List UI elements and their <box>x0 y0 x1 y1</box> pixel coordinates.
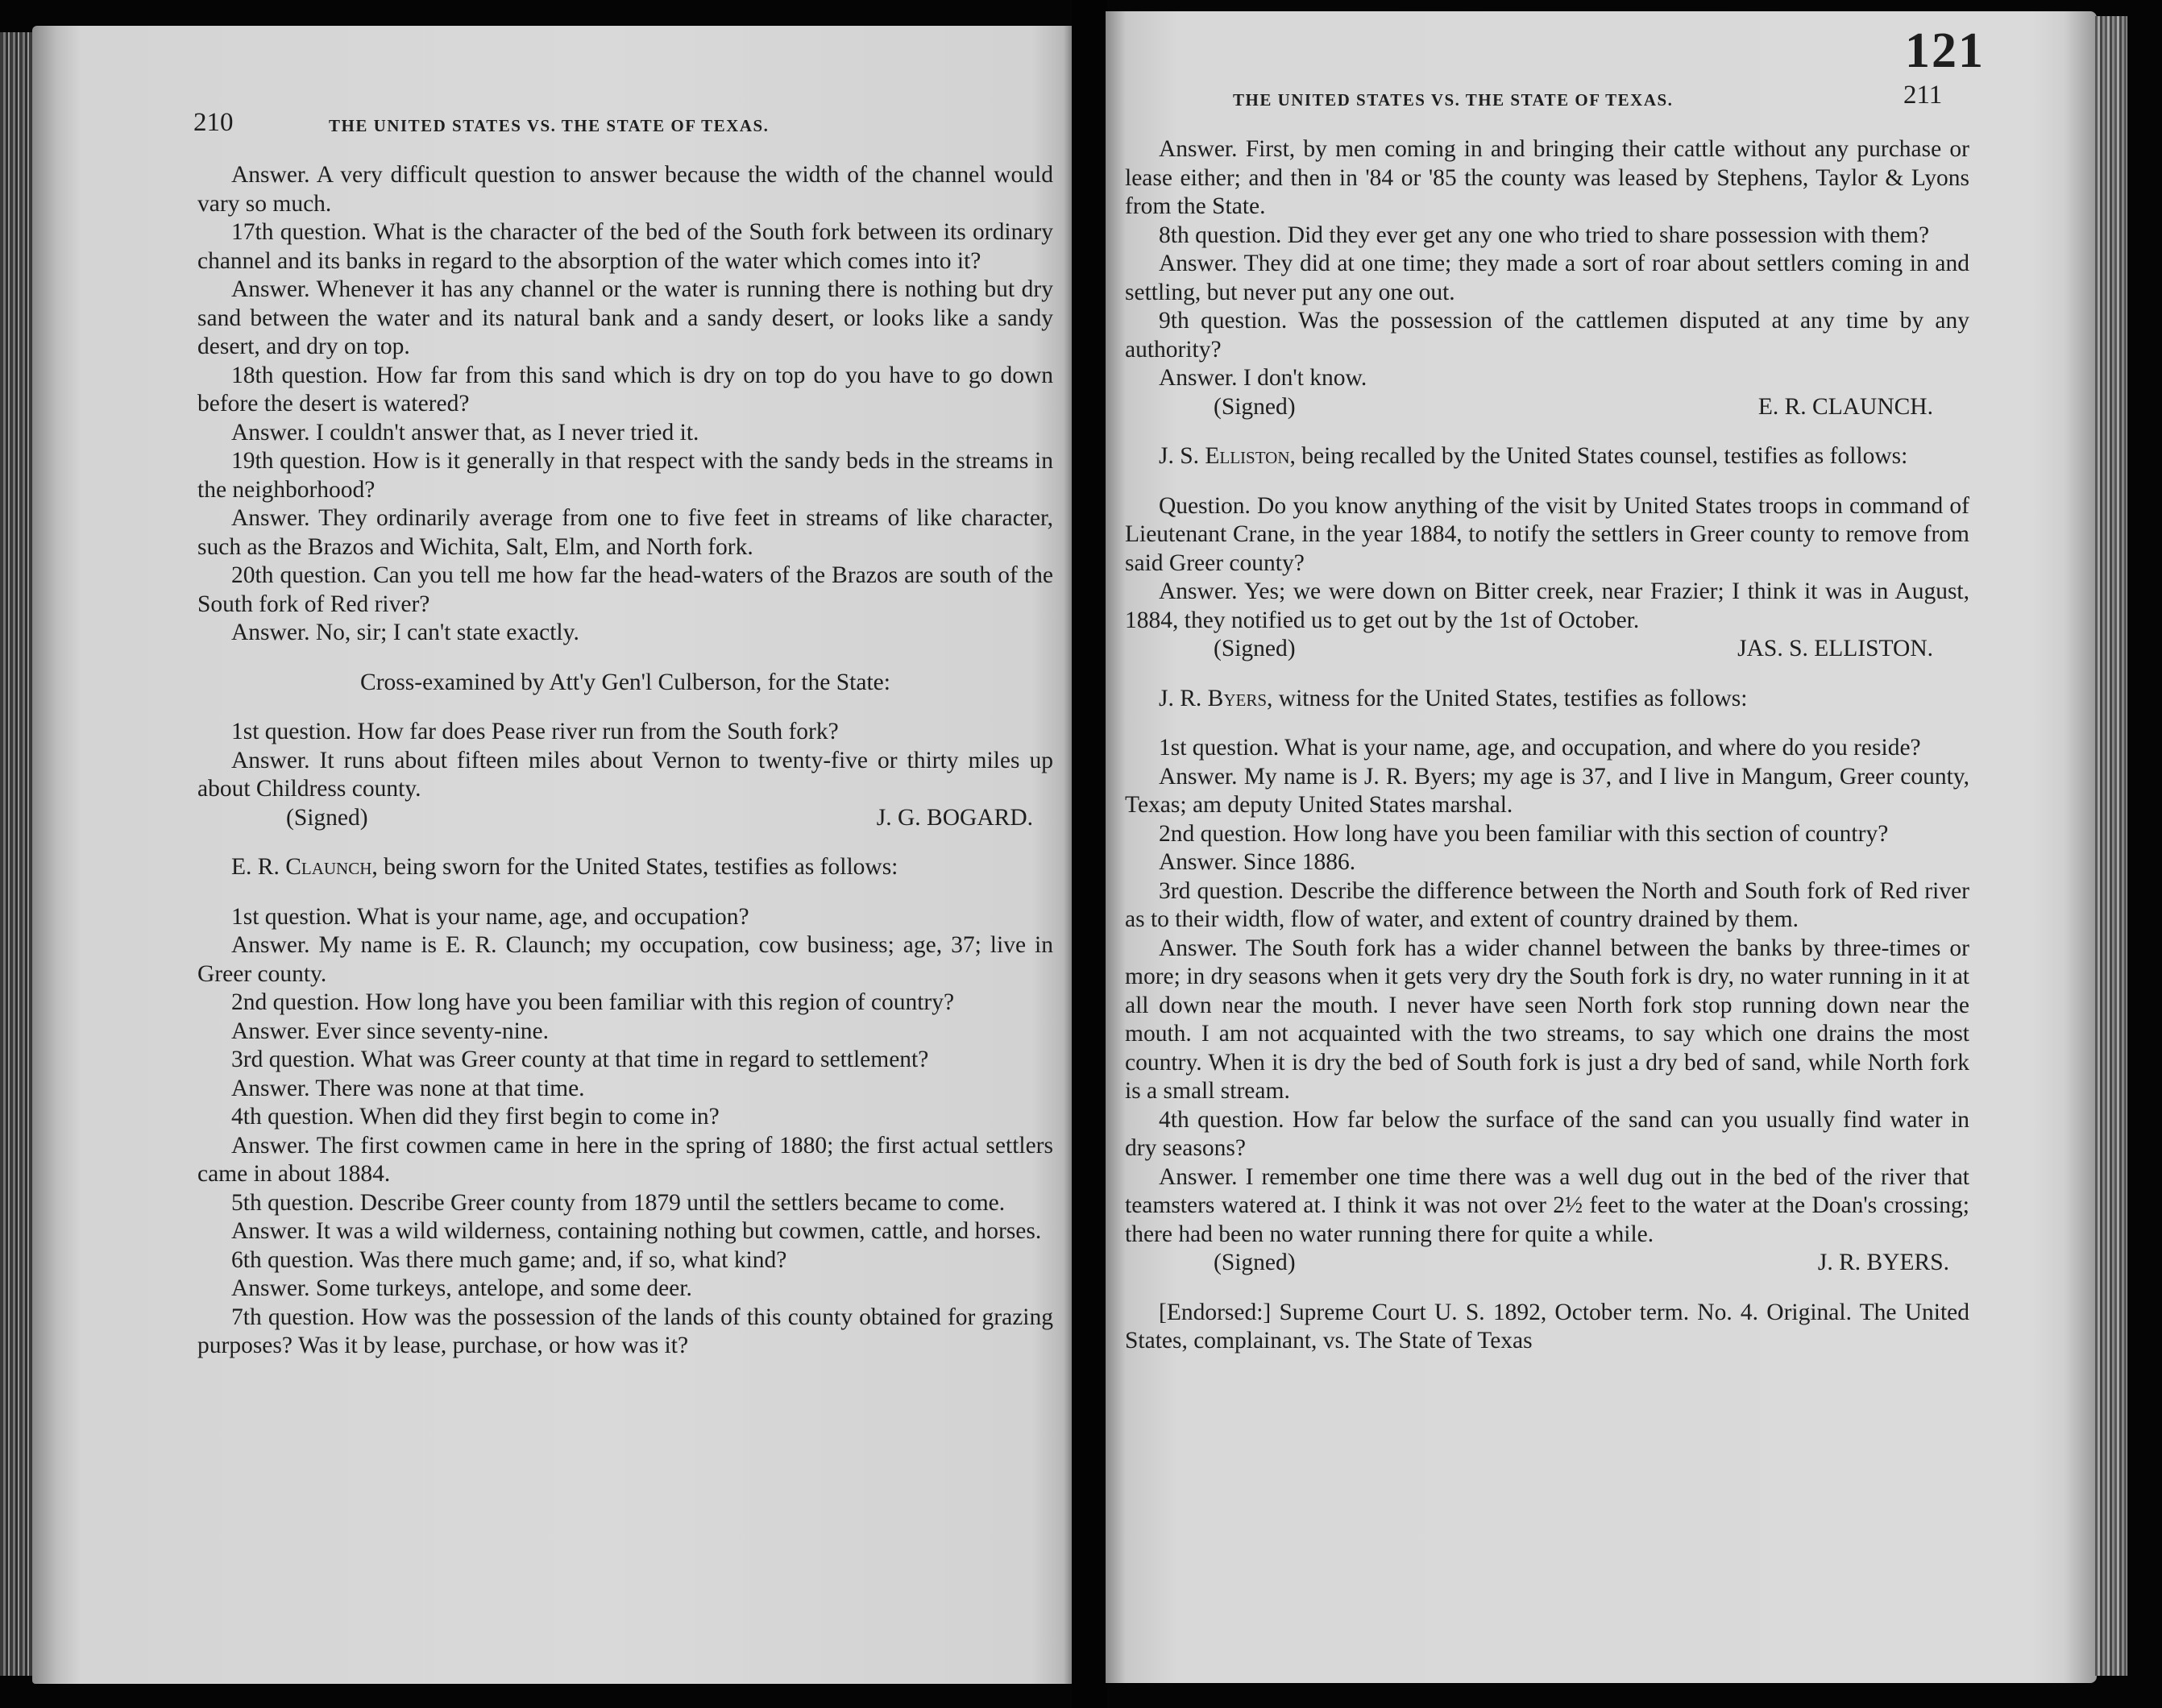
paragraph: 2nd question. How long have you been fam… <box>1125 820 1969 849</box>
paragraph: Answer. My name is E. R. Claunch; my occ… <box>197 931 1053 989</box>
page-number: 211 <box>1903 81 1942 110</box>
paragraph: Answer. I couldn't answer that, as I nev… <box>197 419 1053 448</box>
witness-intro: J. R. Byers, witness for the United Stat… <box>1125 685 1969 714</box>
paragraph: Answer. Some turkeys, antelope, and some… <box>197 1275 1053 1304</box>
paragraph: Answer. My name is J. R. Byers; my age i… <box>1125 763 1969 820</box>
paragraph: Answer. Since 1886. <box>1125 848 1969 877</box>
book-gutter <box>1072 0 1107 1708</box>
running-head: THE UNITED STATES VS. THE STATE OF TEXAS… <box>1233 90 1673 110</box>
paragraph: 1st question. How far does Pease river r… <box>197 718 1053 747</box>
signature-block: (Signed) J. R. BYERS. <box>1125 1249 1969 1278</box>
paragraph: Answer. I remember one time there was a … <box>1125 1163 1969 1250</box>
paragraph: Answer. The first cowmen came in here in… <box>197 1132 1053 1189</box>
right-page: 121 THE UNITED STATES VS. THE STATE OF T… <box>1106 11 2097 1683</box>
paragraph: Answer. They did at one time; they made … <box>1125 250 1969 307</box>
paragraph: Answer. I don't know. <box>1125 364 1969 393</box>
signatory-name: J. R. BYERS. <box>1818 1249 1949 1278</box>
paragraph: 9th question. Was the possession of the … <box>1125 307 1969 364</box>
signatory-name: JAS. S. ELLISTON. <box>1737 635 1933 664</box>
paragraph: 18th question. How far from this sand wh… <box>197 362 1053 419</box>
paragraph: 3rd question. Describe the difference be… <box>1125 877 1969 935</box>
witness-intro: J. S. Elliston, being recalled by the Un… <box>1125 442 1969 471</box>
paragraph: 1st question. What is your name, age, an… <box>1125 734 1969 763</box>
paragraph: 2nd question. How long have you been fam… <box>197 989 1053 1018</box>
running-head: THE UNITED STATES VS. THE STATE OF TEXAS… <box>329 116 769 136</box>
witness-intro: E. R. Claunch, being sworn for the Unite… <box>197 853 1053 882</box>
paragraph: 8th question. Did they ever get any one … <box>1125 222 1969 251</box>
paragraph: 3rd question. What was Greer county at t… <box>197 1046 1053 1075</box>
paragraph: Answer. They ordinarily average from one… <box>197 504 1053 562</box>
endorsement: [Endorsed:] Supreme Court U. S. 1892, Oc… <box>1125 1299 1969 1356</box>
paragraph: Answer. A very difficult question to ans… <box>197 161 1053 218</box>
stamp-number: 121 <box>1905 23 1985 80</box>
paragraph: Answer. There was none at that time. <box>197 1075 1053 1104</box>
signatory-name: J. G. BOGARD. <box>877 804 1033 833</box>
paragraph: Answer. It runs about fifteen miles abou… <box>197 747 1053 804</box>
signatory-name: E. R. CLAUNCH. <box>1758 393 1933 422</box>
book-edge-right <box>2095 16 2127 1676</box>
paragraph: 5th question. Describe Greer county from… <box>197 1189 1053 1218</box>
paragraph: Answer. Whenever it has any channel or t… <box>197 276 1053 362</box>
signed-label: (Signed) <box>1214 1249 1296 1278</box>
witness-intro-text: , being sworn for the United States, tes… <box>371 854 898 880</box>
paragraph: 19th question. How is it generally in th… <box>197 447 1053 504</box>
paragraph: Answer. It was a wild wilderness, contai… <box>197 1217 1053 1246</box>
signature-block: (Signed) J. G. BOGARD. <box>197 804 1053 833</box>
paragraph: 17th question. What is the character of … <box>197 218 1053 276</box>
witness-name: J. S. Elliston <box>1159 443 1290 469</box>
paragraph: Answer. First, by men coming in and brin… <box>1125 135 1969 222</box>
signed-label: (Signed) <box>1214 393 1296 422</box>
book-edge-left <box>0 32 34 1676</box>
paragraph: Answer. Ever since seventy-nine. <box>197 1018 1053 1047</box>
signed-label: (Signed) <box>286 804 368 833</box>
paragraph: 4th question. How far below the surface … <box>1125 1106 1969 1163</box>
paragraph: Question. Do you know anything of the vi… <box>1125 492 1969 578</box>
signature-block: (Signed) E. R. CLAUNCH. <box>1125 393 1969 422</box>
paragraph: 6th question. Was there much game; and, … <box>197 1246 1053 1275</box>
paragraph: Answer. No, sir; I can't state exactly. <box>197 619 1053 648</box>
witness-intro-text: , witness for the United States, testifi… <box>1267 686 1747 711</box>
paragraph: 7th question. How was the possession of … <box>197 1304 1053 1361</box>
page-number: 210 <box>193 108 234 138</box>
cross-exam-heading: Cross-examined by Att'y Gen'l Culberson,… <box>197 669 1053 698</box>
witness-name: J. R. Byers <box>1159 686 1267 711</box>
paragraph: Answer. The South fork has a wider chann… <box>1125 935 1969 1106</box>
witness-intro-text: , being recalled by the United States co… <box>1290 443 1908 469</box>
right-page-body: Answer. First, by men coming in and brin… <box>1125 135 1969 1356</box>
paragraph: Answer. Yes; we were down on Bitter cree… <box>1125 578 1969 635</box>
left-page: 210 THE UNITED STATES VS. THE STATE OF T… <box>32 26 1073 1684</box>
paragraph: 4th question. When did they first begin … <box>197 1103 1053 1132</box>
paragraph: 20th question. Can you tell me how far t… <box>197 562 1053 619</box>
signed-label: (Signed) <box>1214 635 1296 664</box>
signature-block: (Signed) JAS. S. ELLISTON. <box>1125 635 1969 664</box>
witness-name: E. R. Claunch <box>231 854 371 880</box>
left-page-body: Answer. A very difficult question to ans… <box>197 161 1053 1361</box>
paragraph: 1st question. What is your name, age, an… <box>197 903 1053 932</box>
